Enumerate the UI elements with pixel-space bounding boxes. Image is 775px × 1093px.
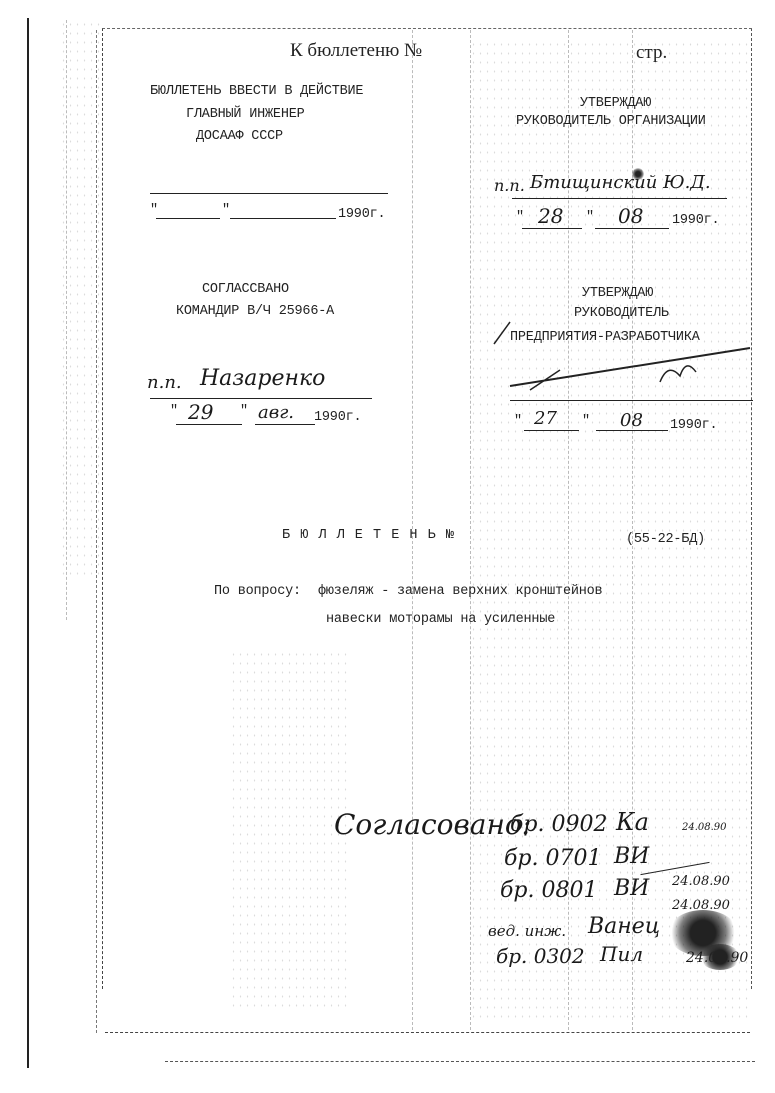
agreed-sign-prefix: п.п. — [147, 372, 182, 393]
approval-signature: ВИ — [614, 844, 649, 869]
approval-signature: ВИ — [614, 876, 649, 901]
enact-line-2: ГЛАВНЫЙ ИНЖЕНЕР — [186, 107, 305, 122]
subject-line-1: фюзеляж - замена верхних кронштейнов — [318, 584, 602, 599]
approve-2-day: 27 — [534, 408, 557, 429]
quote-mark: " — [514, 414, 522, 429]
quote-mark: " — [170, 404, 178, 419]
agreed-signer-name: Назаренко — [200, 366, 325, 391]
agreed-year: 1990г. — [314, 410, 361, 425]
quote-mark: " — [516, 210, 524, 225]
approval-unit: бр. 0902 — [510, 812, 608, 837]
month-blank-line — [230, 218, 336, 219]
signature-line — [150, 193, 388, 194]
month-line — [255, 424, 315, 425]
approval-signature: Ка — [616, 808, 649, 836]
agreed-month: авг. — [258, 402, 294, 423]
approve-1-month: 08 — [618, 204, 643, 228]
bulletin-code: (55-22-БД) — [626, 532, 705, 547]
agreed-title: КОМАНДИР В/Ч 25966-А — [176, 304, 334, 319]
approve-2-year: 1990г. — [670, 418, 717, 433]
ink-smudge — [700, 944, 740, 970]
signature-line — [510, 400, 753, 401]
approval-unit: бр. 0801 — [500, 878, 598, 903]
scan-edge-line — [27, 18, 29, 1068]
approval-signature: Пил — [600, 942, 643, 966]
signature-line — [512, 198, 727, 199]
approval-unit: вед. инж. — [488, 922, 566, 940]
approve-2-label: УТВЕРЖДАЮ — [582, 286, 653, 301]
approve-1-day: 28 — [538, 204, 563, 228]
day-line — [176, 424, 242, 425]
approval-date: 24.08.90 — [672, 874, 730, 889]
approve-2-signature-strokes — [490, 320, 760, 400]
approve-1-label: УТВЕРЖДАЮ — [580, 96, 651, 111]
subject-label: По вопросу: — [214, 584, 301, 599]
day-blank-line — [156, 218, 220, 219]
quote-mark: " — [586, 210, 594, 225]
quote-mark: " — [222, 203, 230, 218]
enact-year: 1990г. — [338, 207, 385, 222]
day-line — [524, 430, 579, 431]
approvals-heading: Согласовано: — [334, 808, 531, 841]
scan-noise — [60, 20, 100, 580]
month-line — [595, 228, 669, 229]
approval-unit: бр. 0302 — [496, 944, 585, 968]
bulletin-title: Б Ю Л Л Е Т Е Н Ь № — [282, 528, 455, 543]
agreed-day: 29 — [188, 400, 213, 424]
enact-line-1: БЮЛЛЕТЕНЬ ВВЕСТИ В ДЕЙСТВИЕ — [150, 84, 363, 99]
day-line — [522, 228, 582, 229]
subject-line-2: навески моторамы на усиленные — [326, 612, 555, 627]
approve-1-title: РУКОВОДИТЕЛЬ ОРГАНИЗАЦИИ — [516, 114, 706, 129]
approve-1-signer-name: Бтищинский Ю.Д. — [530, 172, 711, 193]
page-label: стр. — [636, 42, 667, 64]
bulletin-reference: К бюллетеню № — [290, 40, 422, 62]
scan-noise — [230, 650, 350, 1010]
approve-2-month: 08 — [620, 410, 643, 431]
quote-mark: " — [240, 404, 248, 419]
agreed-label: СОГЛАССВАНО — [202, 282, 289, 297]
approve-1-sign-prefix: п.п. — [494, 176, 525, 195]
signature-line — [150, 398, 372, 399]
approval-signature: Ванец — [588, 914, 660, 939]
approval-date: 24.08.90 — [682, 822, 727, 833]
approval-unit: бр. 0701 — [504, 846, 602, 871]
enact-line-3: ДОСААФ СССР — [196, 129, 283, 144]
approve-2-title-1: РУКОВОДИТЕЛЬ — [574, 306, 669, 321]
frame-bottom-line — [105, 1032, 750, 1033]
quote-mark: " — [150, 203, 158, 218]
frame-bottom-line-2 — [165, 1061, 755, 1062]
quote-mark: " — [582, 414, 590, 429]
month-line — [596, 430, 668, 431]
approve-1-year: 1990г. — [672, 213, 719, 228]
